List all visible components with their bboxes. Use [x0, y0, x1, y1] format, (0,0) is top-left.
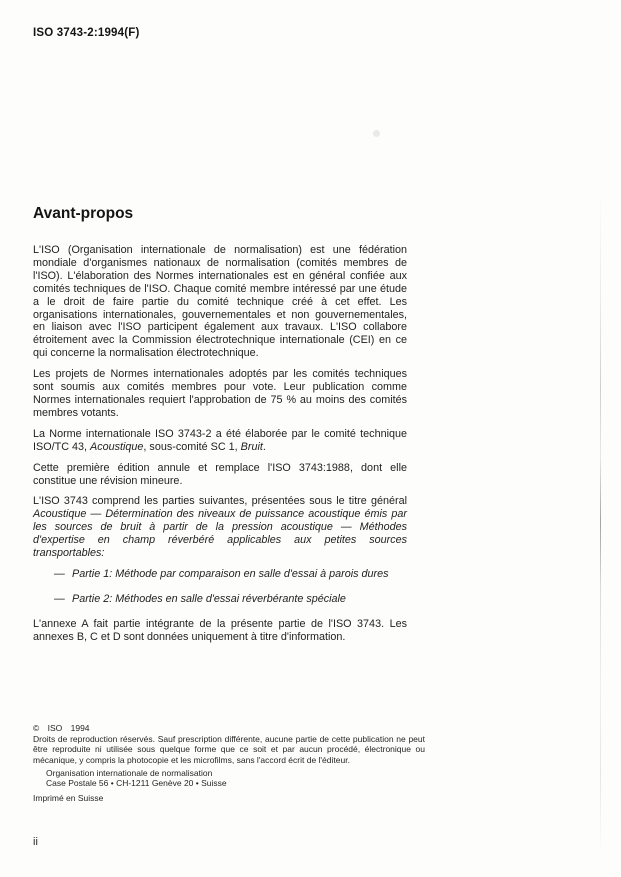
list-dash: —	[54, 593, 65, 606]
publisher-name: Organisation internationale de normalisa…	[46, 768, 425, 778]
document-reference-header: ISO 3743-2:1994(F)	[33, 27, 140, 39]
italic-text-segment: Acoustique	[90, 441, 143, 453]
italic-text-segment: Bruit	[241, 441, 263, 453]
list-item: —Partie 1: Méthode par comparaison en sa…	[33, 568, 407, 581]
printed-in-line: Imprimé en Suisse	[33, 793, 425, 803]
scan-speck-artifact	[373, 130, 380, 137]
text-segment: , sous-comité SC 1,	[143, 441, 240, 453]
page-footer: © ISO 1994 Droits de reproduction réserv…	[33, 723, 425, 803]
paragraph: Cette première édition annule et remplac…	[33, 462, 407, 488]
list-dash: —	[54, 568, 65, 581]
text-segment: .	[263, 441, 266, 453]
italic-text-segment: Partie 2: Méthodes en salle d'essai réve…	[72, 593, 346, 605]
text-segment: L'annexe A fait partie intégrante de la …	[33, 618, 407, 643]
text-segment: Les projets de Normes internationales ad…	[33, 368, 407, 419]
paragraph: L'ISO 3743 comprend les parties suivante…	[33, 495, 407, 560]
copyright-notice: Droits de reproduction réservés. Sauf pr…	[33, 734, 425, 765]
paragraph: Les projets de Normes internationales ad…	[33, 368, 407, 420]
text-segment: Cette première édition annule et remplac…	[33, 462, 407, 487]
foreword-body: L'ISO (Organisation internationale de no…	[33, 244, 407, 652]
italic-text-segment: Partie 1: Méthode par comparaison en sal…	[72, 568, 389, 580]
copyright-line: © ISO 1994	[33, 723, 425, 733]
paragraph: L'annexe A fait partie intégrante de la …	[33, 618, 407, 644]
scan-artifact-line	[600, 190, 601, 855]
document-page: ISO 3743-2:1994(F) Avant-propos L'ISO (O…	[0, 0, 621, 877]
publisher-block: Organisation internationale de normalisa…	[33, 768, 425, 788]
list-item: —Partie 2: Méthodes en salle d'essai rév…	[33, 593, 407, 606]
foreword-title: Avant-propos	[33, 205, 133, 223]
publisher-address: Case Postale 56 • CH-1211 Genève 20 • Su…	[46, 778, 425, 788]
text-segment: L'ISO 3743 comprend les parties suivante…	[33, 495, 407, 507]
text-segment: L'ISO (Organisation internationale de no…	[33, 244, 407, 359]
italic-text-segment: Acoustique — Détermination des niveaux d…	[33, 508, 407, 559]
paragraph: La Norme internationale ISO 3743-2 a été…	[33, 428, 407, 454]
paragraph: L'ISO (Organisation internationale de no…	[33, 244, 407, 360]
page-number: ii	[33, 836, 38, 848]
